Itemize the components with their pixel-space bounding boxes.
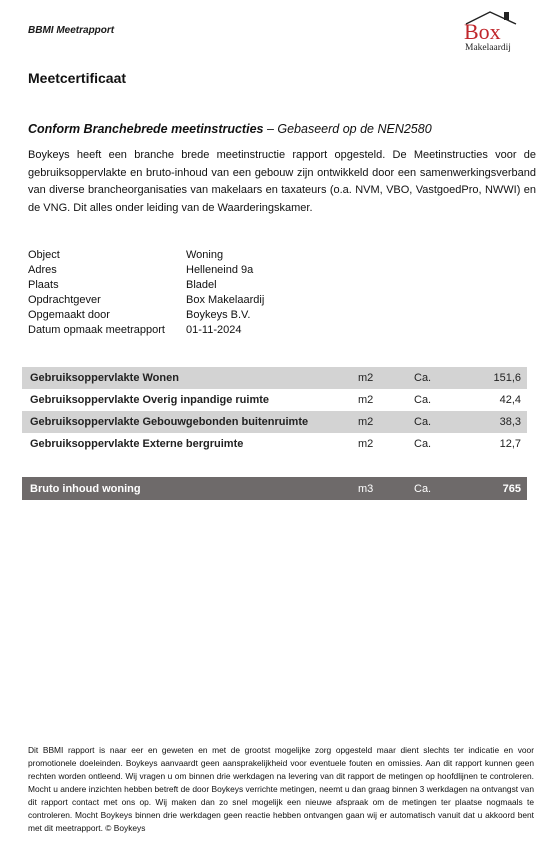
info-table: ObjectWoning AdresHelleneind 9a PlaatsBl… [28,248,264,338]
info-value: Box Makelaardij [186,293,264,308]
measurement-value: 42,4 [474,394,527,406]
logo-name: Box [464,21,501,43]
measurement-approx: Ca. [414,372,474,384]
measurement-unit: m2 [358,394,414,406]
info-key: Object [28,248,186,263]
measurement-label: Gebruiksoppervlakte Overig inpandige rui… [22,394,358,406]
measurement-approx: Ca. [414,416,474,428]
measurements-table: Gebruiksoppervlakte Wonen m2 Ca. 151,6 G… [22,367,527,455]
measurement-row: Gebruiksoppervlakte Wonen m2 Ca. 151,6 [22,367,527,389]
report-header-title: BBMI Meetrapport [28,25,114,36]
disclaimer-paragraph: Dit BBMI rapport is naar eer en geweten … [28,744,534,835]
measurement-row: Gebruiksoppervlakte Overig inpandige rui… [22,389,527,411]
info-key: Plaats [28,278,186,293]
total-value: 765 [474,483,527,495]
logo-subtitle: Makelaardij [465,43,511,53]
subtitle-rest: – Gebaseerd op de NEN2580 [263,122,431,136]
measurement-unit: m2 [358,438,414,450]
info-value: Boykeys B.V. [186,308,250,323]
info-row: Opgemaakt doorBoykeys B.V. [28,308,264,323]
company-logo: Box Makelaardij [460,10,522,56]
info-row: ObjectWoning [28,248,264,263]
measurement-unit: m2 [358,372,414,384]
info-row: OpdrachtgeverBox Makelaardij [28,293,264,308]
intro-paragraph: Boykeys heeft een branche brede meetinst… [28,147,536,217]
measurement-unit: m2 [358,416,414,428]
measurement-value: 38,3 [474,416,527,428]
info-key: Opgemaakt door [28,308,186,323]
total-unit: m3 [358,483,414,495]
measurement-value: 12,7 [474,438,527,450]
measurement-label: Gebruiksoppervlakte Wonen [22,372,358,384]
measurement-approx: Ca. [414,438,474,450]
subtitle: Conform Branchebrede meetinstructies – G… [28,122,432,136]
info-key: Opdrachtgever [28,293,186,308]
measurement-row: Gebruiksoppervlakte Gebouwgebonden buite… [22,411,527,433]
info-row: Datum opmaak meetrapport01-11-2024 [28,323,264,338]
measurement-label: Gebruiksoppervlakte Externe bergruimte [22,438,358,450]
total-volume-row: Bruto inhoud woning m3 Ca. 765 [22,477,527,500]
measurement-row: Gebruiksoppervlakte Externe bergruimte m… [22,433,527,455]
measurement-value: 151,6 [474,372,527,384]
subtitle-bold: Conform Branchebrede meetinstructies [28,122,263,136]
info-row: PlaatsBladel [28,278,264,293]
info-key: Datum opmaak meetrapport [28,323,186,338]
info-value: Helleneind 9a [186,263,253,278]
info-value: Woning [186,248,223,263]
measurement-approx: Ca. [414,394,474,406]
info-value: 01-11-2024 [186,323,241,338]
info-row: AdresHelleneind 9a [28,263,264,278]
total-label: Bruto inhoud woning [22,483,358,495]
page-title: Meetcertificaat [28,70,126,86]
total-approx: Ca. [414,483,474,495]
info-key: Adres [28,263,186,278]
measurement-label: Gebruiksoppervlakte Gebouwgebonden buite… [22,416,358,428]
info-value: Bladel [186,278,217,293]
